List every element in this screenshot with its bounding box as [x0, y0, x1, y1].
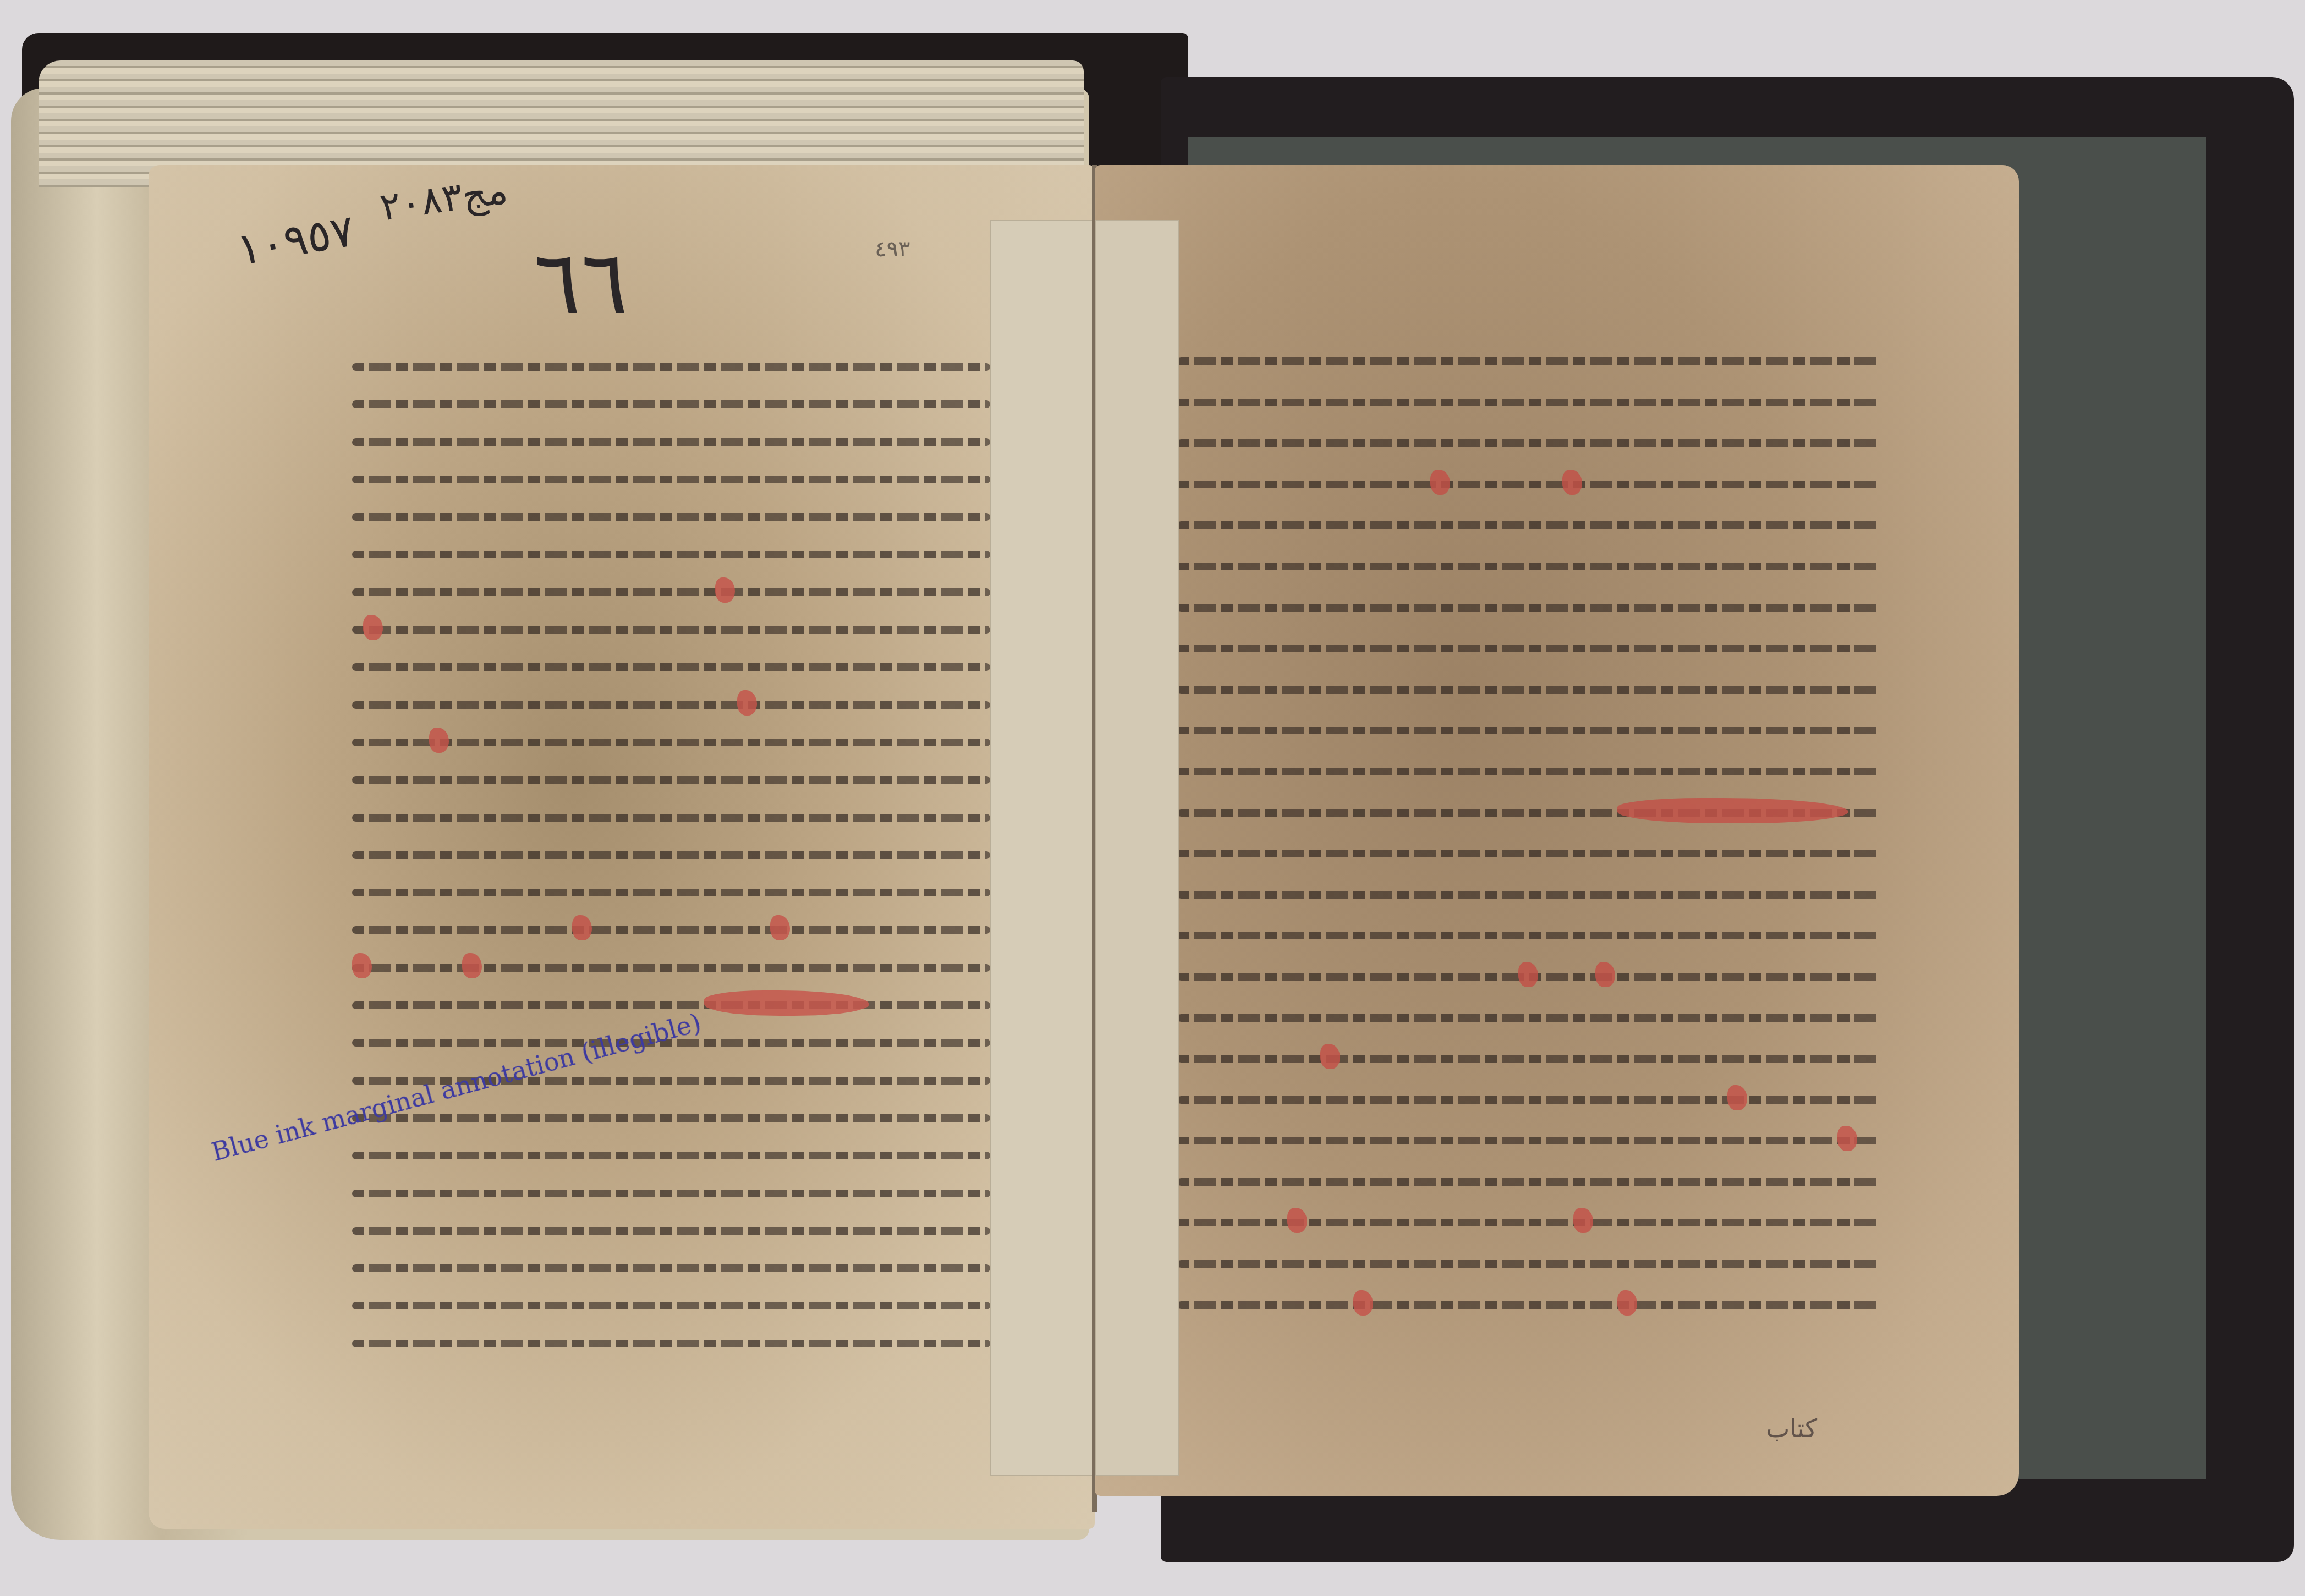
rubric-mark — [1518, 962, 1538, 987]
text-line — [352, 964, 990, 972]
text-line — [1177, 727, 1881, 734]
rubric-mark — [1430, 470, 1450, 495]
right-text-block — [1177, 357, 1881, 1309]
text-line — [1177, 1096, 1881, 1104]
text-line — [1177, 973, 1881, 981]
text-line — [352, 1001, 990, 1009]
text-line — [1177, 686, 1881, 694]
text-line — [352, 438, 990, 446]
text-line — [1177, 521, 1881, 529]
text-line — [352, 513, 990, 521]
text-line — [352, 1264, 990, 1272]
text-line — [352, 889, 990, 896]
rubric-mark — [572, 915, 592, 940]
text-line — [352, 1190, 990, 1197]
text-line — [1177, 1014, 1881, 1022]
rubric-mark — [1595, 962, 1615, 987]
shelf-mark-code: مج٢٠٨٣ — [377, 167, 510, 230]
text-line — [352, 1340, 990, 1347]
rubric-mark — [1837, 1126, 1857, 1151]
rubric-mark — [1617, 1290, 1637, 1316]
text-line — [352, 551, 990, 558]
text-line — [352, 851, 990, 859]
rubric-mark — [1573, 1208, 1593, 1233]
catchword: كتاب — [1766, 1413, 1817, 1443]
rubric-mark — [1287, 1208, 1307, 1233]
text-line — [1177, 1055, 1881, 1063]
shelf-mark-large: ٦٦ — [534, 231, 628, 334]
text-line — [1177, 1260, 1881, 1268]
text-line — [352, 926, 990, 934]
text-line — [1177, 481, 1881, 488]
rubric-mark — [1353, 1290, 1373, 1316]
rubric-mark — [1562, 470, 1582, 495]
text-line — [352, 1114, 990, 1122]
text-line — [1177, 645, 1881, 652]
tape-strip-right — [1095, 220, 1179, 1476]
text-line — [352, 1227, 990, 1235]
rubric-mark — [715, 577, 735, 603]
right-page: كتاب — [1095, 165, 2019, 1496]
text-line — [352, 739, 990, 746]
rubric-mark — [770, 915, 790, 940]
text-line — [1177, 768, 1881, 775]
rubric-mark — [1617, 798, 1848, 823]
text-line — [1177, 604, 1881, 612]
text-line — [352, 701, 990, 709]
left-page: ٦٦ ١٠٩٥٧ مج٢٠٨٣ ٤٩٣ Blue ink marginal an… — [149, 165, 1095, 1529]
text-line — [352, 1302, 990, 1309]
rubric-mark — [1727, 1085, 1747, 1110]
text-line — [1177, 1137, 1881, 1144]
text-line — [352, 400, 990, 408]
shelf-mark-number: ١٠٩٥٧ — [233, 205, 359, 276]
text-line — [1177, 932, 1881, 939]
rubric-mark — [429, 728, 449, 753]
text-line — [1177, 850, 1881, 857]
rubric-mark — [352, 953, 372, 978]
text-line — [352, 626, 990, 634]
rubric-mark — [704, 990, 869, 1016]
rubric-mark — [737, 690, 757, 716]
text-line — [1177, 809, 1881, 817]
text-line — [1177, 1219, 1881, 1226]
text-line — [1177, 399, 1881, 406]
text-line — [352, 363, 990, 371]
text-line — [1177, 357, 1881, 365]
text-line — [352, 663, 990, 671]
text-line — [1177, 891, 1881, 899]
text-line — [1177, 563, 1881, 570]
text-line — [352, 1152, 990, 1159]
text-line — [352, 814, 990, 822]
text-line — [352, 776, 990, 784]
text-line — [1177, 1301, 1881, 1309]
rubric-mark — [462, 953, 482, 978]
text-line — [1177, 439, 1881, 447]
corner-number: ٤٩٣ — [875, 236, 910, 262]
text-line — [1177, 1178, 1881, 1186]
text-line — [352, 476, 990, 483]
rubric-mark — [1320, 1044, 1340, 1069]
rubric-mark — [363, 615, 383, 640]
text-line — [352, 588, 990, 596]
left-text-block — [352, 363, 990, 1347]
